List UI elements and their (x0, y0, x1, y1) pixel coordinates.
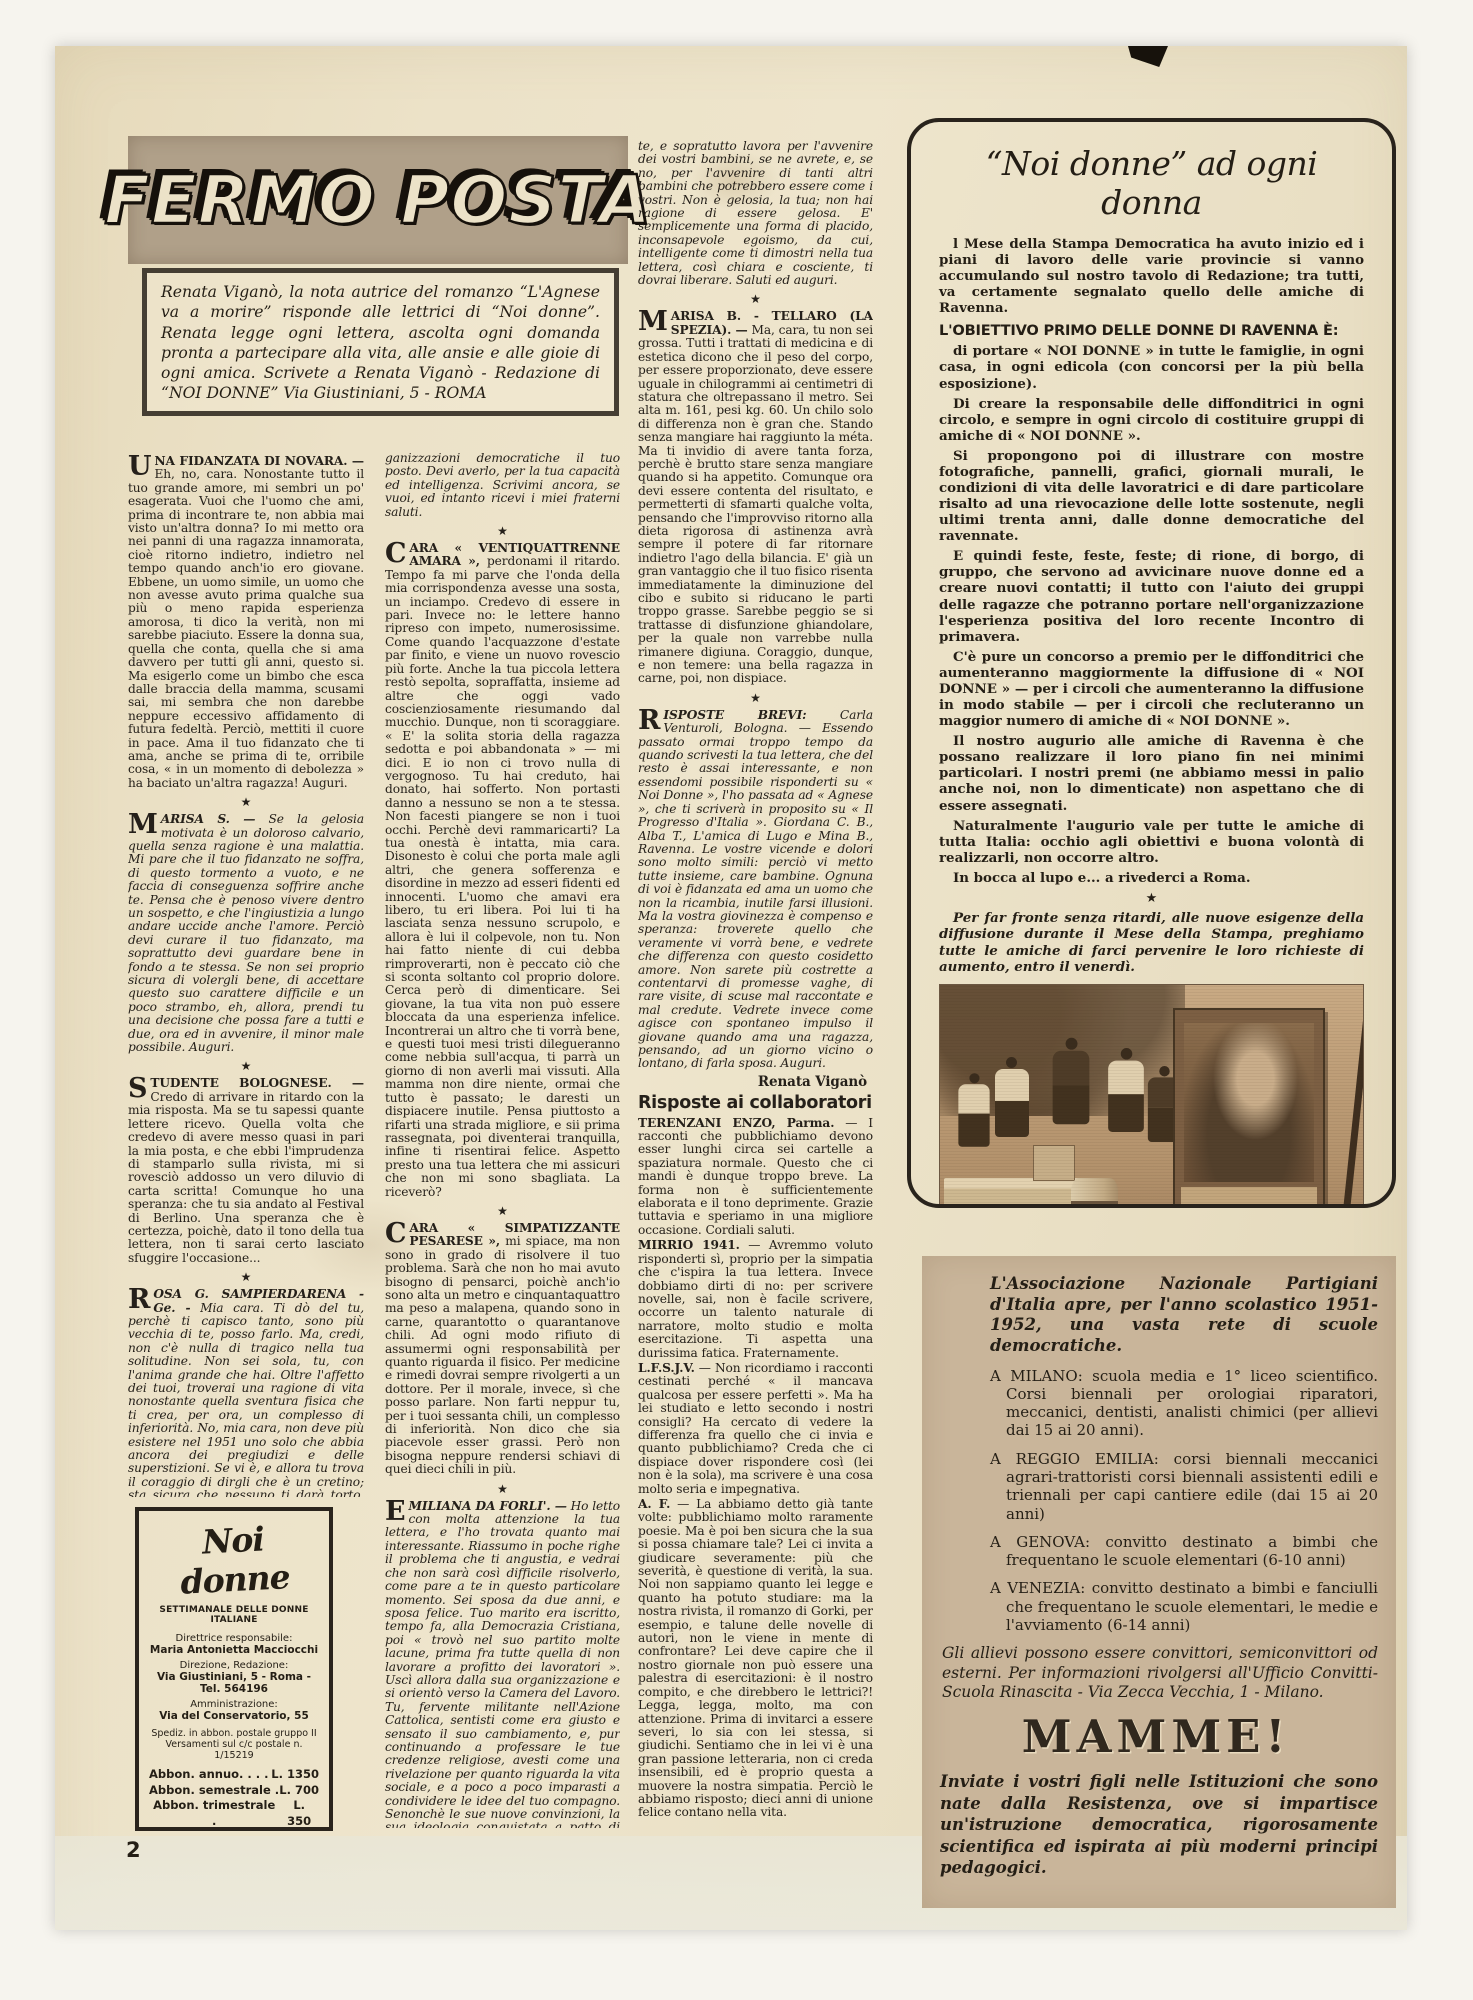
star-separator-icon: ★ (128, 1271, 364, 1283)
collaborator-name: A. F. (638, 1497, 670, 1511)
anpi-city-item: A MILANO: scuola media e 1° liceo scient… (934, 1367, 1378, 1440)
letter: EMILIANA DA FORLI'. — Ho letto con molta… (385, 1500, 620, 1828)
anpi-city-item: A GENOVA: convitto destinato a bimbi che… (934, 1533, 1378, 1570)
letter: CARA « SIMPATIZZANTE PESARESE », mi spia… (385, 1222, 620, 1477)
mamme-text: Inviate i vostri figli nelle Istituzioni… (934, 1771, 1378, 1878)
star-separator-icon: ★ (939, 891, 1364, 906)
subscription-row: Abbon. semestrale .L. 700 (149, 1783, 319, 1799)
anpi-city-list: A MILANO: scuola media e 1° liceo scient… (934, 1367, 1378, 1635)
noi-donne-script-logo: Noi donne (145, 1517, 323, 1604)
postal-line-2: Versamenti sul c/c postale n. 1/15219 (147, 1739, 321, 1761)
text-column-1: UNA FIDANZATA DI NOVARA. — Eh, no, cara.… (128, 455, 364, 1497)
letter-body: Ho letto con molta attenzione la tua let… (385, 1499, 620, 1828)
collaborators-heading: Risposte ai collaboratori (638, 1097, 873, 1110)
anpi-intro: L'Associazione Nazionale Partigiani d'It… (934, 1274, 1378, 1357)
anpi-city-item: A REGGIO EMILIA: corsi biennali meccanic… (934, 1450, 1378, 1523)
letter-body: Mia cara. Ti dò del tu, perchè ti capisc… (128, 1301, 364, 1497)
letter-dropcap: E (385, 1501, 405, 1523)
letter-salutation: TUDENTE BOLOGNESE. — (150, 1076, 364, 1090)
director-label: Direttrice responsabile: (147, 1633, 321, 1644)
letter-continuation: te, e sopratutto lavora per l'avvenire d… (638, 140, 873, 287)
letter-dropcap: S (128, 1078, 147, 1100)
promo-paragraph: C'è pure un concorso a premio per le dif… (939, 649, 1364, 729)
collaborator-body: — La abbiamo detto già tante volte: pubb… (638, 1497, 873, 1819)
masthead-box: Noi donne SETTIMANALE DELLE DONNE ITALIA… (135, 1507, 333, 1831)
subscription-rates: Abbon. annuo. . . .L. 1350Abbon. semestr… (147, 1767, 321, 1829)
promo-paragraph: E quindi feste, feste, feste; di rione, … (939, 548, 1364, 644)
letter-body: perdonami il ritardo. Tempo fa mi parve … (385, 554, 620, 1198)
letter: ROSA G. SAMPIERDARENA - Ge. - Mia cara. … (128, 1288, 364, 1497)
promo-paragraph: In bocca al lupo e... a rivederci a Roma… (939, 870, 1364, 886)
column-intro-text: Renata Viganò, la nota autrice del roman… (161, 283, 600, 402)
text-column-3: te, e sopratutto lavora per l'avvenire d… (638, 140, 873, 1952)
subscription-price: L. 1350 (271, 1767, 319, 1783)
renata-vigano-signature: Renata Viganò (638, 1076, 867, 1089)
letter: STUDENTE BOLOGNESE. — Credo di arrivare … (128, 1077, 364, 1265)
letter-dropcap: C (385, 543, 406, 565)
star-separator-icon: ★ (128, 796, 364, 808)
letter-body: Carla Venturoli, Bologna. — Essendo pass… (638, 708, 873, 1071)
anpi-city-item: A VENEZIA: convitto destinato a bimbi e … (934, 1579, 1378, 1634)
collaborator-body: — Non ricordiamo i racconti cestinati pe… (638, 1361, 873, 1496)
column-intro-box: Renata Viganò, la nota autrice del roman… (142, 268, 619, 416)
star-separator-icon: ★ (638, 692, 873, 704)
star-separator-icon: ★ (385, 525, 620, 537)
letter: CARA « VENTIQUATTRENNE AMARA », perdonam… (385, 542, 620, 1199)
promo-paragraph: di portare « NOI DONNE » in tutte le fam… (939, 343, 1364, 391)
magazine-page: FERMO POSTA Renata Viganò, la nota autri… (0, 0, 1473, 2000)
star-separator-icon: ★ (385, 1205, 620, 1217)
fermo-posta-logo: FERMO POSTA (104, 161, 652, 239)
promo-title: “Noi donne” ad ogni donna (939, 144, 1364, 222)
letter-dropcap: C (385, 1223, 406, 1245)
promo-paragraph: Naturalmente l'augurio vale per tutte le… (939, 818, 1364, 866)
subscription-price: L. 700 (279, 1783, 319, 1799)
collaborator-reply: TERENZANI ENZO, Parma. — I racconti che … (638, 1117, 873, 1238)
collaborator-name: L.F.S.J.V. (638, 1361, 695, 1375)
noi-donne-promo-box: “Noi donne” ad ogni donna l Mese della S… (907, 118, 1396, 1208)
text-column-2: ganizzazioni democratiche il tuo posto. … (385, 452, 620, 1828)
anpi-city-name: A REGGIO EMILIA: (990, 1450, 1159, 1468)
subscription-price: L. 350 (279, 1798, 319, 1829)
letter-body: Credo di arrivare in ritardo con la mia … (128, 1090, 364, 1265)
letter-body: mi spiace, ma non sono in grado di risol… (385, 1234, 620, 1476)
festa-stampa-photo: FIRMATE per un patto di PACE fra i 5 (939, 984, 1364, 1208)
anpi-note: Gli allievi possono essere convittori, s… (934, 1644, 1378, 1702)
star-separator-icon: ★ (638, 293, 873, 305)
masthead-subtitle: SETTIMANALE DELLE DONNE ITALIANE (147, 1605, 321, 1629)
letter-continuation: ganizzazioni democratiche il tuo posto. … (385, 452, 620, 519)
subscription-label: Abbon. semestrale . (149, 1783, 279, 1799)
photo-halftone-overlay (940, 985, 1363, 1208)
letter-salutation: NA FIDANZATA DI NOVARA. — (154, 455, 364, 468)
letter-salutation: ISPOSTE BREVI: (663, 708, 806, 722)
star-separator-icon: ★ (385, 1483, 620, 1495)
promo-paragraph: Di creare la responsabile delle diffondi… (939, 396, 1364, 444)
promo-appeal: Per far fronte senza ritardi, alle nuove… (939, 910, 1364, 975)
letter-dropcap: U (128, 456, 151, 478)
anpi-schools-block: L'Associazione Nazionale Partigiani d'It… (922, 1256, 1396, 1908)
subscription-label: Abbon. annuo. . . . (149, 1767, 269, 1783)
redaction-address: Via Giustiniani, 5 - Roma - Tel. 564196 (147, 1671, 321, 1695)
promo-intro: l Mese della Stampa Democratica ha avuto… (939, 236, 1364, 316)
collaborator-reply: A. F. — La abbiamo detto già tante volte… (638, 1498, 873, 1820)
letter-body: Se la gelosia motivata è un doloroso cal… (128, 812, 364, 1054)
collaborator-reply: L.F.S.J.V. — Non ricordiamo i racconti c… (638, 1362, 873, 1496)
postal-line-1: Spediz. in abbon. postale gruppo II (147, 1728, 321, 1739)
anpi-city-name: A VENEZIA: (990, 1579, 1085, 1597)
letter-dropcap: R (638, 710, 660, 732)
promo-paragraph: Il nostro augurio alle amiche di Ravenna… (939, 733, 1364, 813)
letter-dropcap: M (128, 814, 158, 836)
letter-dropcap: R (128, 1289, 150, 1311)
page-number: 2 (126, 1838, 141, 1862)
letter-salutation: MILIANA DA FORLI'. — (408, 1499, 566, 1513)
collaborator-reply: MIRRIO 1941. — Avremmo voluto rispondert… (638, 1239, 873, 1360)
letter-body: Ma, cara, tu non sei grossa. Tutti i tra… (638, 323, 873, 686)
director-name: Maria Antonietta Macciocchi (147, 1644, 321, 1656)
letter: UNA FIDANZATA DI NOVARA. — Eh, no, cara.… (128, 455, 364, 790)
letter: RISPOSTE BREVI: Carla Venturoli, Bologna… (638, 709, 873, 1071)
collaborator-body: — I racconti che pubblichiamo devono ess… (638, 1116, 873, 1237)
anpi-city-name: A MILANO: (990, 1367, 1083, 1385)
mamme-headline: MAMME! (934, 1710, 1378, 1763)
promo-paragraphs: di portare « NOI DONNE » in tutte le fam… (939, 343, 1364, 886)
admin-address: Via del Conservatorio, 55 (147, 1710, 321, 1722)
subscription-row: Abbon. trimestrale .L. 350 (149, 1798, 319, 1829)
admin-label: Amministrazione: (147, 1699, 321, 1710)
promo-paragraph: Si propongono poi di illustrare con most… (939, 448, 1364, 544)
letter: MARISA B. - TELLARO (LA SPEZIA). — Ma, c… (638, 310, 873, 685)
letter-body: Eh, no, cara. Nonostante tutto il tuo gr… (128, 467, 364, 789)
collaborator-name: MIRRIO 1941. (638, 1238, 740, 1252)
letter-salutation: ARISA S. — (161, 812, 256, 826)
fermo-posta-logo-band: FERMO POSTA (128, 136, 628, 264)
subscription-label: Abbon. trimestrale . (149, 1798, 279, 1829)
letter-dropcap: M (638, 311, 668, 333)
star-separator-icon: ★ (128, 1060, 364, 1072)
promo-objective-heading: L'OBIETTIVO PRIMO DELLE DONNE DI RAVENNA… (939, 322, 1364, 339)
anpi-city-name: A GENOVA: (990, 1533, 1090, 1551)
subscription-row: Abbon. annuo. . . .L. 1350 (149, 1767, 319, 1783)
collaborator-body: — Avremmo voluto risponderti sì, proprio… (638, 1238, 873, 1359)
letter: MARISA S. — Se la gelosia motivata è un … (128, 813, 364, 1054)
redaction-label: Direzione, Redazione: (147, 1660, 321, 1671)
collaborator-name: TERENZANI ENZO, Parma. (638, 1116, 834, 1130)
